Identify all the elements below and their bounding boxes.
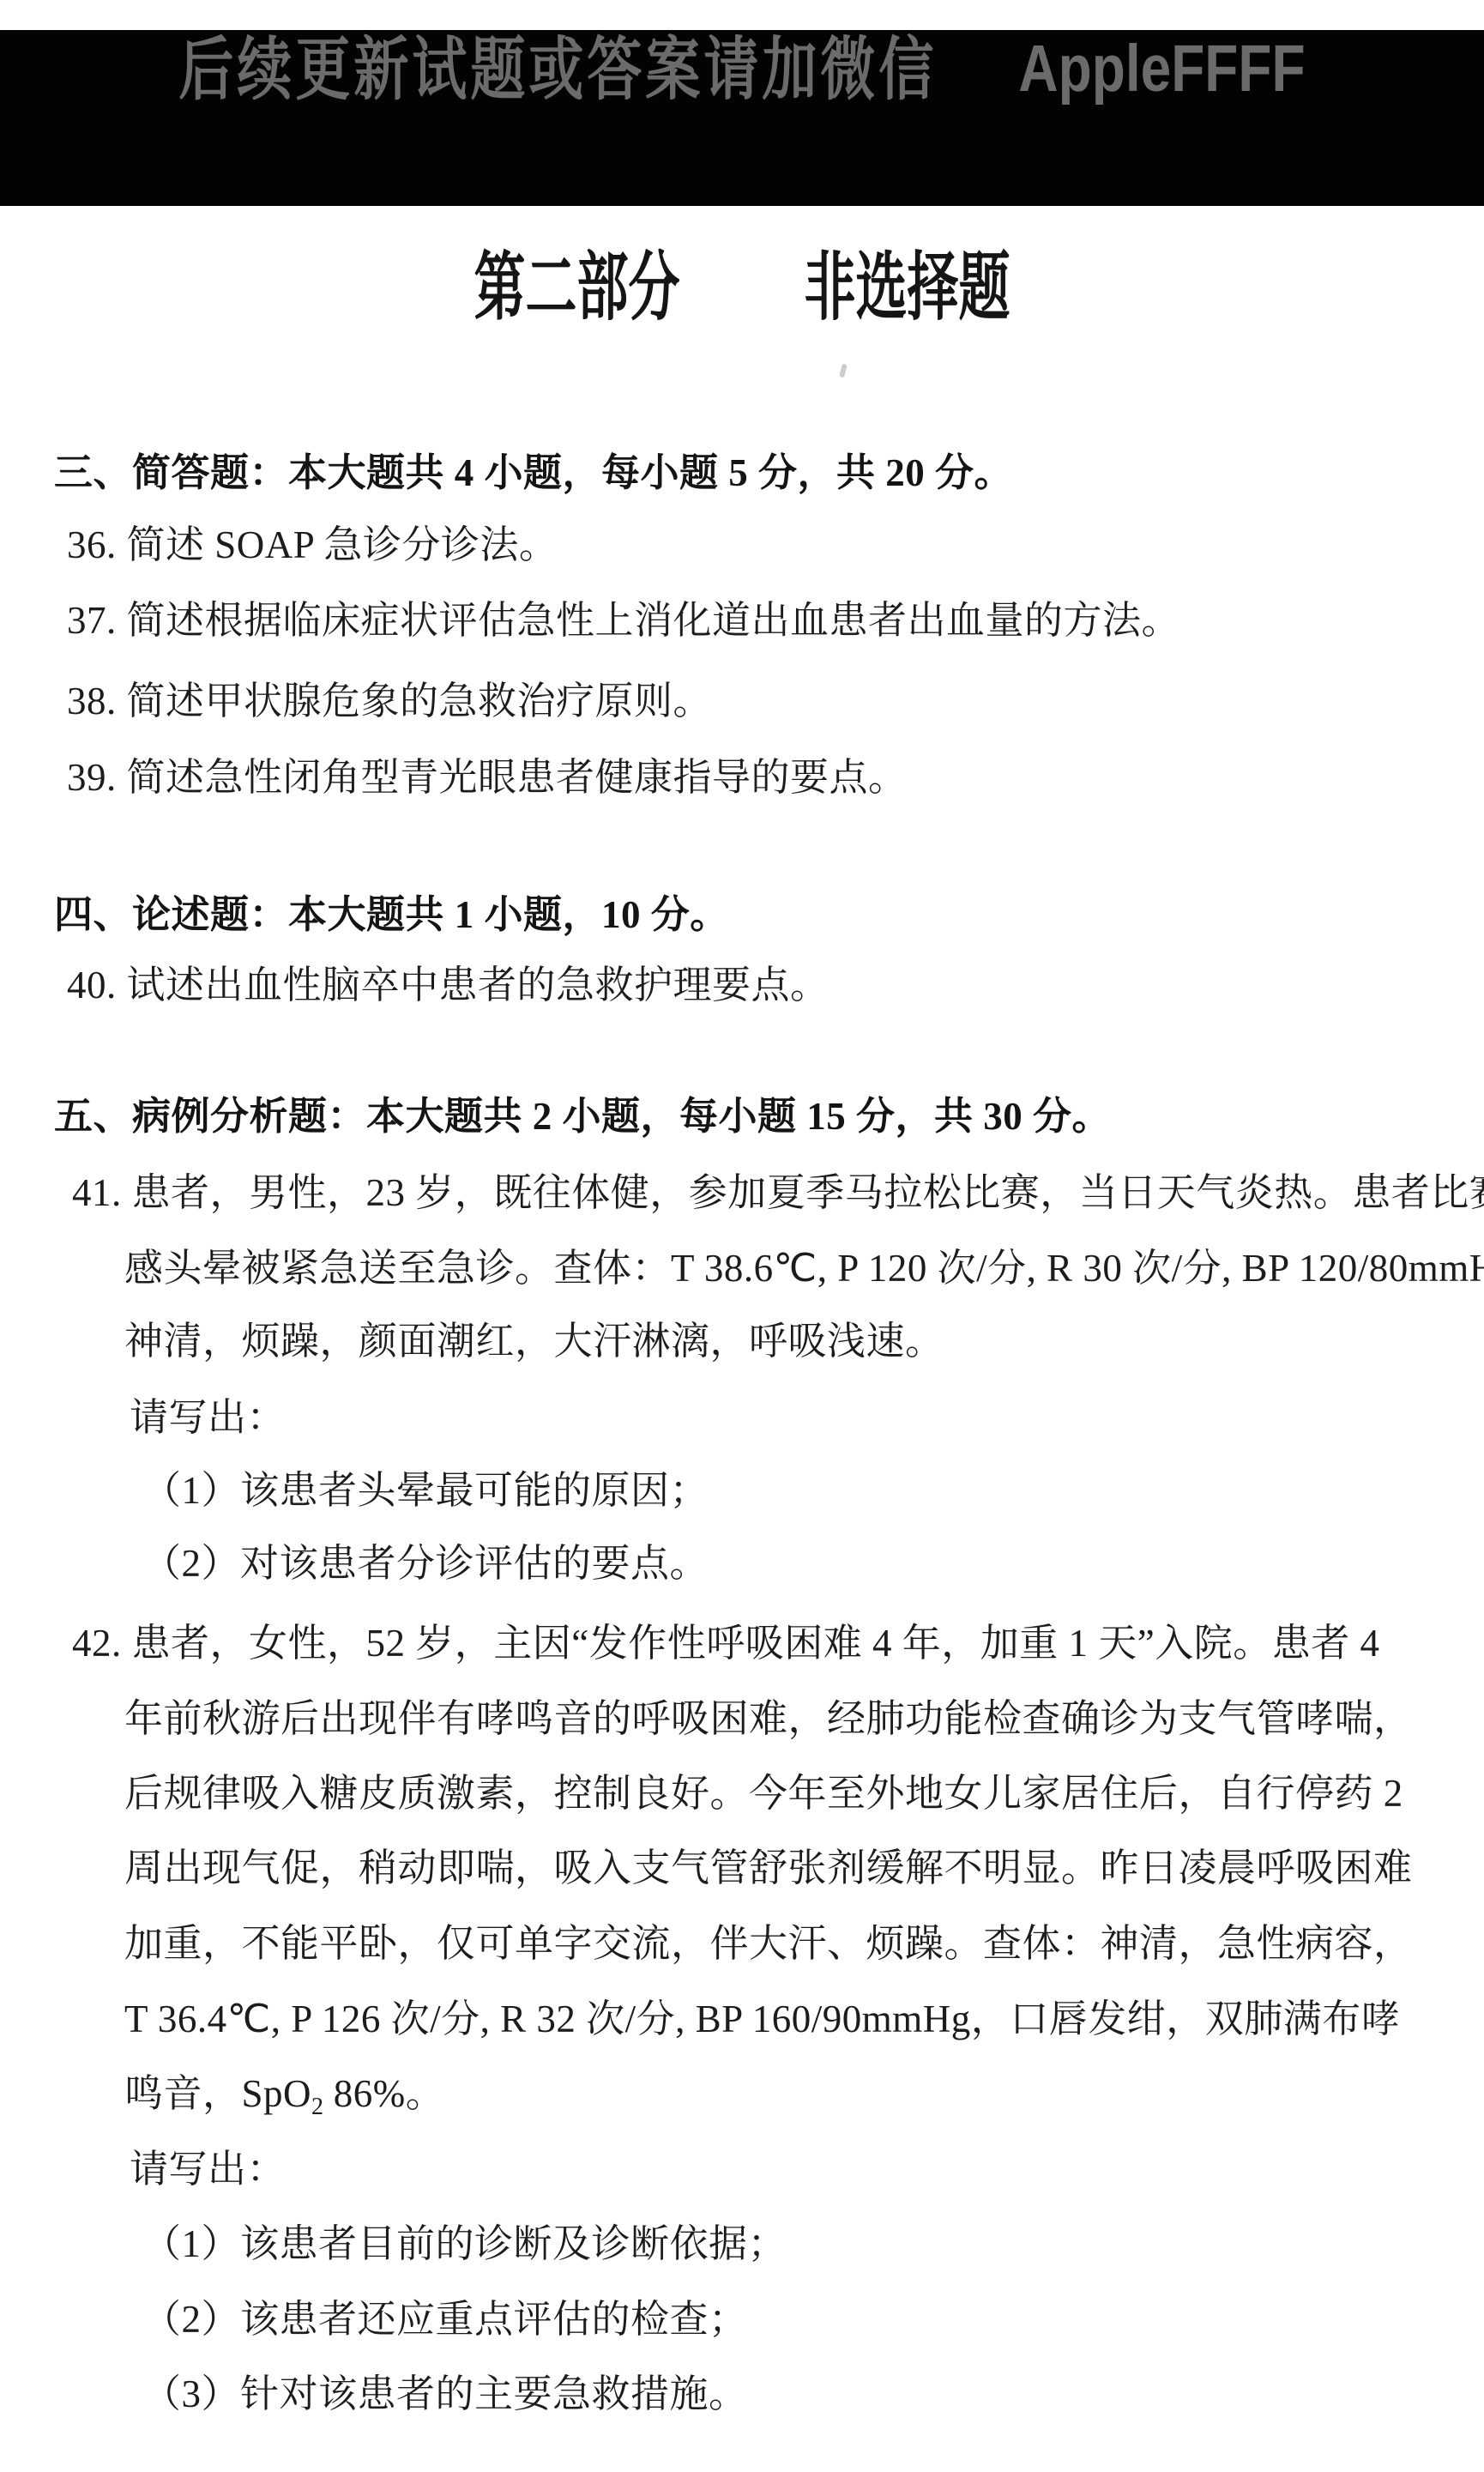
question-41-item-2: （2）对该患者分诊评估的要点。 bbox=[142, 1541, 709, 1586]
section-5-heading: 五、病例分析题：本大题共 2 小题，每小题 15 分，共 30 分。 bbox=[54, 1094, 1111, 1139]
banner-wechat-id: AppleFFFF bbox=[1018, 35, 1305, 101]
question-41-line-3: 神清，烦躁，颜面潮红，大汗淋漓，呼吸浅速。 bbox=[124, 1319, 944, 1363]
question-42-line-4: 周出现气促，稍动即喘，吸入支气管舒张剂缓解不明显。昨日凌晨呼吸困难 bbox=[124, 1846, 1413, 1890]
question-41-item-1: （1）该患者头晕最可能的原因； bbox=[142, 1468, 709, 1513]
question-42-item-1: （1）该患者目前的诊断及诊断依据； bbox=[142, 2221, 787, 2266]
question-40: 40. 试述出血性脑卒中患者的急救护理要点。 bbox=[67, 963, 829, 1007]
exam-page: 后续更新试题或答案请加微信 AppleFFFF 第二部分非选择题 三、简答题：本… bbox=[0, 0, 1484, 2472]
question-42-line-2: 年前秋游后出现伴有哮鸣音的呼吸困难，经肺功能检查确诊为支气管哮喘， bbox=[124, 1696, 1413, 1741]
spo2-text-pre: 鸣音，SpO bbox=[124, 2072, 311, 2115]
section-4-heading: 四、论述题：本大题共 1 小题，10 分。 bbox=[54, 892, 729, 937]
section-3-heading: 三、简答题：本大题共 4 小题，每小题 5 分，共 20 分。 bbox=[54, 450, 1013, 495]
question-42-line-7: 鸣音，SpO2 86%。 bbox=[124, 2071, 444, 2130]
question-42-prompt: 请写出： bbox=[130, 2147, 286, 2191]
scan-speck bbox=[839, 364, 848, 378]
title-name: 非选择题 bbox=[805, 245, 1010, 329]
question-42-line-1: 42. 患者，女性，52 岁，主因“发作性呼吸困难 4 年，加重 1 天”入院。… bbox=[72, 1621, 1379, 1665]
question-37: 37. 简述根据临床症状评估急性上消化道出血患者出血量的方法。 bbox=[67, 598, 1180, 643]
watermark-banner: 后续更新试题或答案请加微信 AppleFFFF bbox=[0, 30, 1484, 206]
question-42-item-2: （2）该患者还应重点评估的检查； bbox=[142, 2297, 748, 2342]
question-41-prompt: 请写出： bbox=[130, 1395, 286, 1440]
page-title: 第二部分非选择题 bbox=[0, 251, 1484, 302]
spo2-text-post: 86%。 bbox=[323, 2072, 444, 2115]
question-39: 39. 简述急性闭角型青光眼患者健康指导的要点。 bbox=[67, 755, 908, 800]
question-41-line-2: 感头晕被紧急送至急诊。查体：T 38.6℃, P 120 次/分, R 30 次… bbox=[124, 1246, 1484, 1290]
question-42-line-5: 加重，不能平卧，仅可单字交流，伴大汗、烦躁。查体：神清，急性病容， bbox=[124, 1921, 1413, 1966]
question-41-line-1: 41. 患者，男性，23 岁，既往体健，参加夏季马拉松比赛，当日天气炎热。患者比… bbox=[72, 1170, 1484, 1215]
question-38: 38. 简述甲状腺危象的急救治疗原则。 bbox=[67, 679, 712, 723]
question-42-line-6: T 36.4℃, P 126 次/分, R 32 次/分, BP 160/90m… bbox=[124, 1997, 1400, 2041]
question-42-item-3: （3）针对该患者的主要急救措施。 bbox=[142, 2372, 748, 2416]
question-42-line-3: 后规律吸入糖皮质激素，控制良好。今年至外地女儿家居住后，自行停药 2 bbox=[124, 1771, 1403, 1816]
banner-text: 后续更新试题或答案请加微信 bbox=[178, 35, 937, 104]
spo2-subscript: 2 bbox=[311, 2094, 323, 2120]
title-part: 第二部分 bbox=[474, 245, 680, 329]
question-36: 36. 简述 SOAP 急诊分诊法。 bbox=[67, 523, 558, 567]
